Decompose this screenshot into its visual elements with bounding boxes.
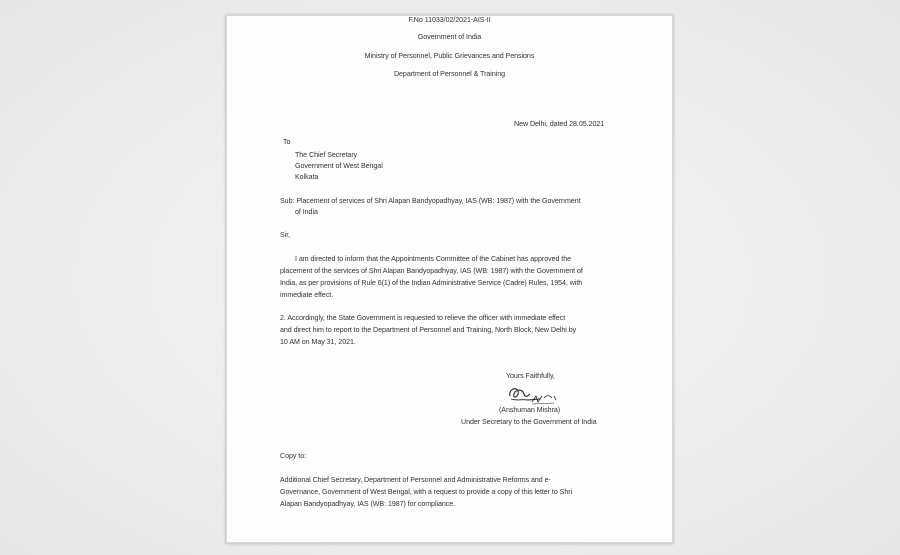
header-ministry: Ministry of Personnel, Public Grievances…	[226, 52, 673, 61]
header-department: Department of Personnel & Training	[226, 70, 673, 79]
paragraph-1-line: placement of the services of Shri Alapan…	[280, 267, 583, 276]
file-number: F.No 11033/02/2021-AIS-II	[226, 16, 673, 25]
subject-line: Sub: Placement of services of Shri Alapa…	[280, 197, 581, 206]
to-label: To	[283, 138, 290, 147]
copy-to-line: Governance, Government of West Bengal, w…	[280, 488, 572, 497]
salutation: Sir,	[280, 231, 290, 240]
header-government: Government of India	[226, 33, 673, 42]
place-date: New Delhi, dated 28.05.2021	[514, 120, 604, 129]
copy-to-label: Copy to:	[280, 452, 306, 461]
paragraph-2-line: 2. Accordingly, the State Government is …	[280, 314, 565, 323]
recipient-line: The Chief Secretary	[295, 151, 357, 160]
signatory-name: (Anshuman Mishra)	[499, 406, 560, 415]
signatory-title: Under Secretary to the Government of Ind…	[461, 418, 597, 427]
closing: Yours Faithfully,	[506, 372, 555, 381]
copy-to-line: Alapan Bandyopadhyay, IAS (WB: 1987) for…	[280, 500, 455, 509]
recipient-line: Government of West Bengal	[295, 162, 383, 171]
copy-to-line: Additional Chief Secretary, Department o…	[280, 476, 551, 485]
paragraph-2-line: and direct him to report to the Departme…	[280, 326, 576, 335]
recipient-line: Kolkata	[295, 173, 318, 182]
paragraph-1-line: immediate effect.	[280, 291, 333, 300]
paragraph-1-line: India, as per provisions of Rule 6(1) of…	[280, 279, 582, 288]
paragraph-1-line: I am directed to inform that the Appoint…	[295, 255, 571, 264]
subject-line: of India	[295, 208, 318, 217]
paragraph-2-line: 10 AM on May 31, 2021.	[280, 338, 356, 347]
